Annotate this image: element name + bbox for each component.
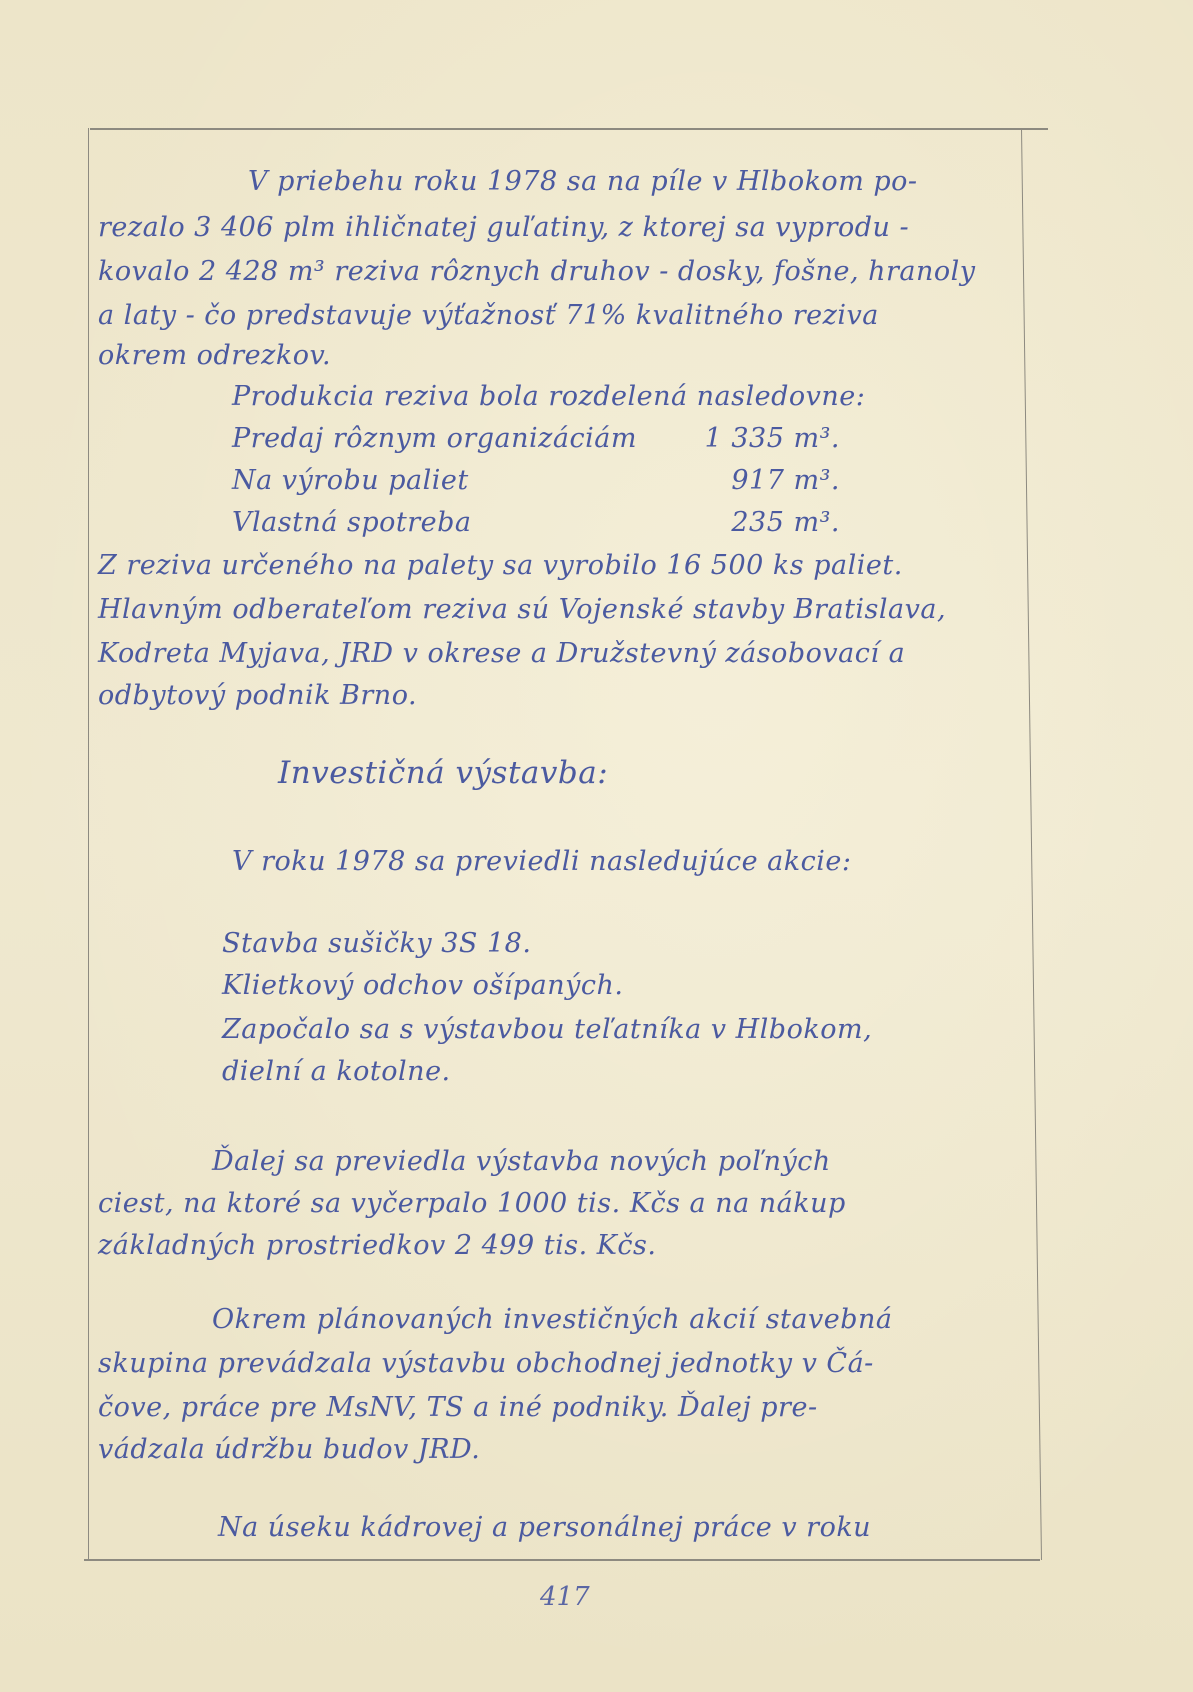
distribution-amount: 1 335 m³. [680, 425, 840, 452]
text-line: čove, práce pre MsNV, TS a iné podniky. … [98, 1394, 818, 1421]
text-line: rezalo 3 406 plm ihličnatej guľatiny, z … [98, 214, 909, 241]
frame-right-line [1021, 128, 1042, 1560]
text-line: a laty - čo predstavuje výťažnosť 71% kv… [98, 302, 879, 329]
action-item: Klietkový odchov ošípaných. [222, 972, 623, 999]
actions-intro: V roku 1978 sa previedli nasledujúce akc… [232, 848, 851, 875]
text-line: Z reziva určeného na palety sa vyrobilo … [98, 552, 903, 579]
text-line: odbytový podnik Brno. [98, 682, 417, 709]
distribution-amount: 235 m³. [680, 509, 840, 536]
text-line: V priebehu roku 1978 sa na píle v Hlboko… [248, 168, 918, 195]
text-line: Hlavným odberateľom reziva sú Vojenské s… [98, 596, 946, 623]
text-line: skupina prevádzala výstavbu obchodnej je… [98, 1350, 874, 1377]
text-line: Kodreta Myjava, JRD v okrese a Družstevn… [98, 640, 905, 667]
page-number: 417 [540, 1582, 590, 1612]
text-line: vádzala údržbu budov JRD. [98, 1436, 480, 1463]
section-heading: Investičná výstavba: [278, 758, 608, 789]
text-line: okrem odrezkov. [98, 342, 331, 369]
frame-bottom-line [84, 1559, 1040, 1561]
text-line: Okrem plánovaných investičných akcií sta… [212, 1306, 893, 1333]
text-line: kovalo 2 428 m³ reziva rôznych druhov - … [98, 258, 976, 285]
text-line: základných prostriedkov 2 499 tis. Kčs. [98, 1232, 656, 1259]
distribution-label: Vlastná spotreba [232, 509, 472, 536]
frame-left-line [88, 128, 89, 1560]
distribution-label: Na výrobu paliet [232, 467, 469, 494]
distribution-intro: Produkcia reziva bola rozdelená nasledov… [232, 383, 865, 410]
frame-top-line [90, 128, 1048, 130]
text-line: Ďalej sa previedla výstavba nových poľný… [212, 1148, 831, 1175]
action-item: Stavba sušičky 3S 18. [222, 930, 531, 957]
action-item: Započalo sa s výstavbou teľatníka v Hlbo… [222, 1016, 872, 1043]
action-item: dielní a kotolne. [222, 1058, 451, 1085]
distribution-amount: 917 m³. [680, 467, 840, 494]
text-line: ciest, na ktoré sa vyčerpalo 1000 tis. K… [98, 1190, 846, 1217]
distribution-label: Predaj rôznym organizáciám [232, 425, 637, 452]
handwritten-chronicle-page: V priebehu roku 1978 sa na píle v Hlboko… [0, 0, 1193, 1692]
text-line: Na úseku kádrovej a personálnej práce v … [218, 1514, 871, 1541]
